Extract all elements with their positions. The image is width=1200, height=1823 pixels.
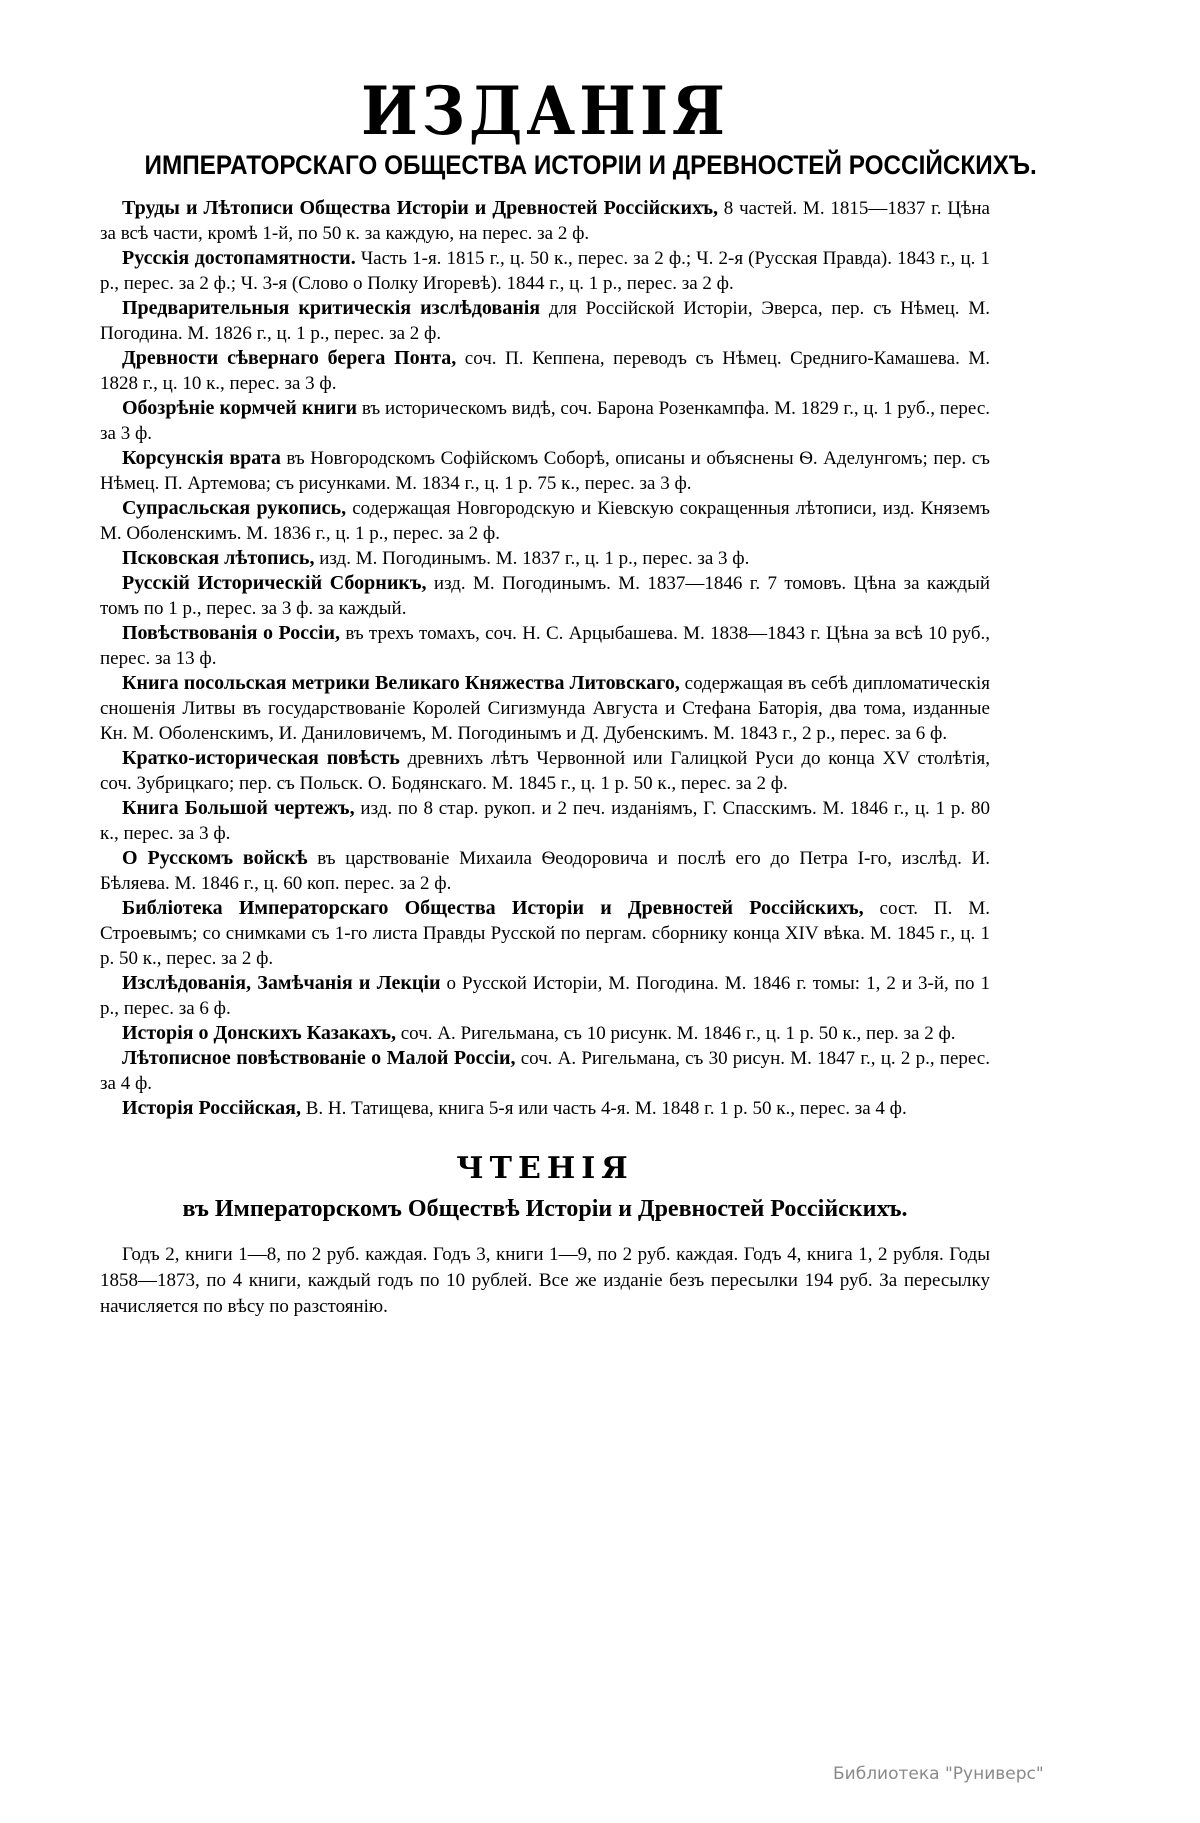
entry-title: Псковская лѣтопись,	[122, 547, 314, 569]
section-title-chteniya: ЧТЕНІЯ	[100, 1151, 990, 1186]
entry-title: Исторія о Донскихъ Казакахъ,	[122, 1022, 396, 1044]
entry-title: Книга посольская метрики Великаго Княжес…	[122, 672, 680, 694]
entry-title: Библіотека Императорскаго Общества Истор…	[122, 897, 864, 919]
list-item: Исторія о Донскихъ Казакахъ, соч. А. Риг…	[100, 1021, 990, 1046]
list-item: Труды и Лѣтописи Общества Исторіи и Древ…	[100, 196, 990, 246]
entry-title: Лѣтописное повѣствованіе о Малой Россіи,	[122, 1047, 515, 1069]
entry-title: Супрасльская рукопись,	[122, 497, 346, 519]
entry-text: изд. М. Погодинымъ. М. 1837 г., ц. 1 р.,…	[314, 548, 749, 569]
list-item: Псковская лѣтопись, изд. М. Погодинымъ. …	[100, 546, 990, 571]
entry-title: Русскія достопамятности.	[122, 247, 356, 269]
entry-title: Труды и Лѣтописи Общества Исторіи и Древ…	[122, 197, 718, 219]
entry-title: Древности сѣвернаго берега Понта,	[122, 347, 456, 369]
document-page: ИЗДАНІЯ ИМПЕРАТОРСКАГО ОБЩЕСТВА ИСТОРІИ …	[100, 80, 990, 1339]
list-item: Русскій Историческій Сборникъ, изд. М. П…	[100, 571, 990, 621]
list-item: Изслѣдованія, Замѣчанія и Лекціи о Русск…	[100, 971, 990, 1021]
entry-text: В. Н. Татищева, книга 5-я или часть 4-я.…	[301, 1098, 907, 1119]
entry-title: Повѣствованія о Россіи,	[122, 622, 340, 644]
list-item: Лѣтописное повѣствованіе о Малой Россіи,…	[100, 1046, 990, 1096]
list-item: Обозрѣніе кормчей книги въ историческомъ…	[100, 396, 990, 446]
list-item: Супрасльская рукопись, содержащая Новгор…	[100, 496, 990, 546]
list-item: О Русскомъ войскѣ въ царствованіе Михаил…	[100, 846, 990, 896]
entry-title: Книга Большой чертежъ,	[122, 797, 355, 819]
list-item: Книга посольская метрики Великаго Княжес…	[100, 671, 990, 746]
list-item: Повѣствованія о Россіи, въ трехъ томахъ,…	[100, 621, 990, 671]
list-item: Русскія достопамятности. Часть 1-я. 1815…	[100, 246, 990, 296]
list-item: Книга Большой чертежъ, изд. по 8 стар. р…	[100, 796, 990, 846]
section-subtitle-chteniya: въ Императорскомъ Обществѣ Исторіи и Дре…	[100, 1196, 990, 1223]
page-title: ИЗДАНІЯ	[100, 77, 990, 147]
list-item: Исторія Россійская, В. Н. Татищева, книг…	[100, 1096, 990, 1121]
list-item: Библіотека Императорскаго Общества Истор…	[100, 896, 990, 971]
entry-title: Изслѣдованія, Замѣчанія и Лекціи	[122, 972, 440, 994]
publications-list: Труды и Лѣтописи Общества Исторіи и Древ…	[100, 196, 990, 1121]
chteniya-text: Годъ 2, книги 1—8, по 2 руб. каждая. Год…	[100, 1242, 990, 1320]
entry-title: О Русскомъ войскѣ	[122, 847, 308, 869]
list-item: Корсунскія врата въ Новгородскомъ Софійс…	[100, 446, 990, 496]
list-item: Предварительныя критическія изслѣдованія…	[100, 296, 990, 346]
entry-title: Исторія Россійская,	[122, 1097, 301, 1119]
library-watermark: Библиотека "Руниверс"	[833, 1764, 1044, 1784]
entry-title: Корсунскія врата	[122, 447, 281, 469]
list-item: Кратко-историческая повѣсть древнихъ лѣт…	[100, 746, 990, 796]
entry-text: соч. А. Ригельмана, съ 10 рисунк. М. 184…	[396, 1023, 956, 1044]
entry-title: Русскій Историческій Сборникъ,	[122, 572, 427, 594]
list-item: Древности сѣвернаго берега Понта, соч. П…	[100, 346, 990, 396]
entry-title: Обозрѣніе кормчей книги	[122, 397, 357, 419]
page-subtitle: ИМПЕРАТОРСКАГО ОБЩЕСТВА ИСТОРІИ И ДРЕВНО…	[145, 148, 946, 182]
entry-title: Кратко-историческая повѣсть	[122, 747, 400, 769]
entry-title: Предварительныя критическія изслѣдованія	[122, 297, 540, 319]
